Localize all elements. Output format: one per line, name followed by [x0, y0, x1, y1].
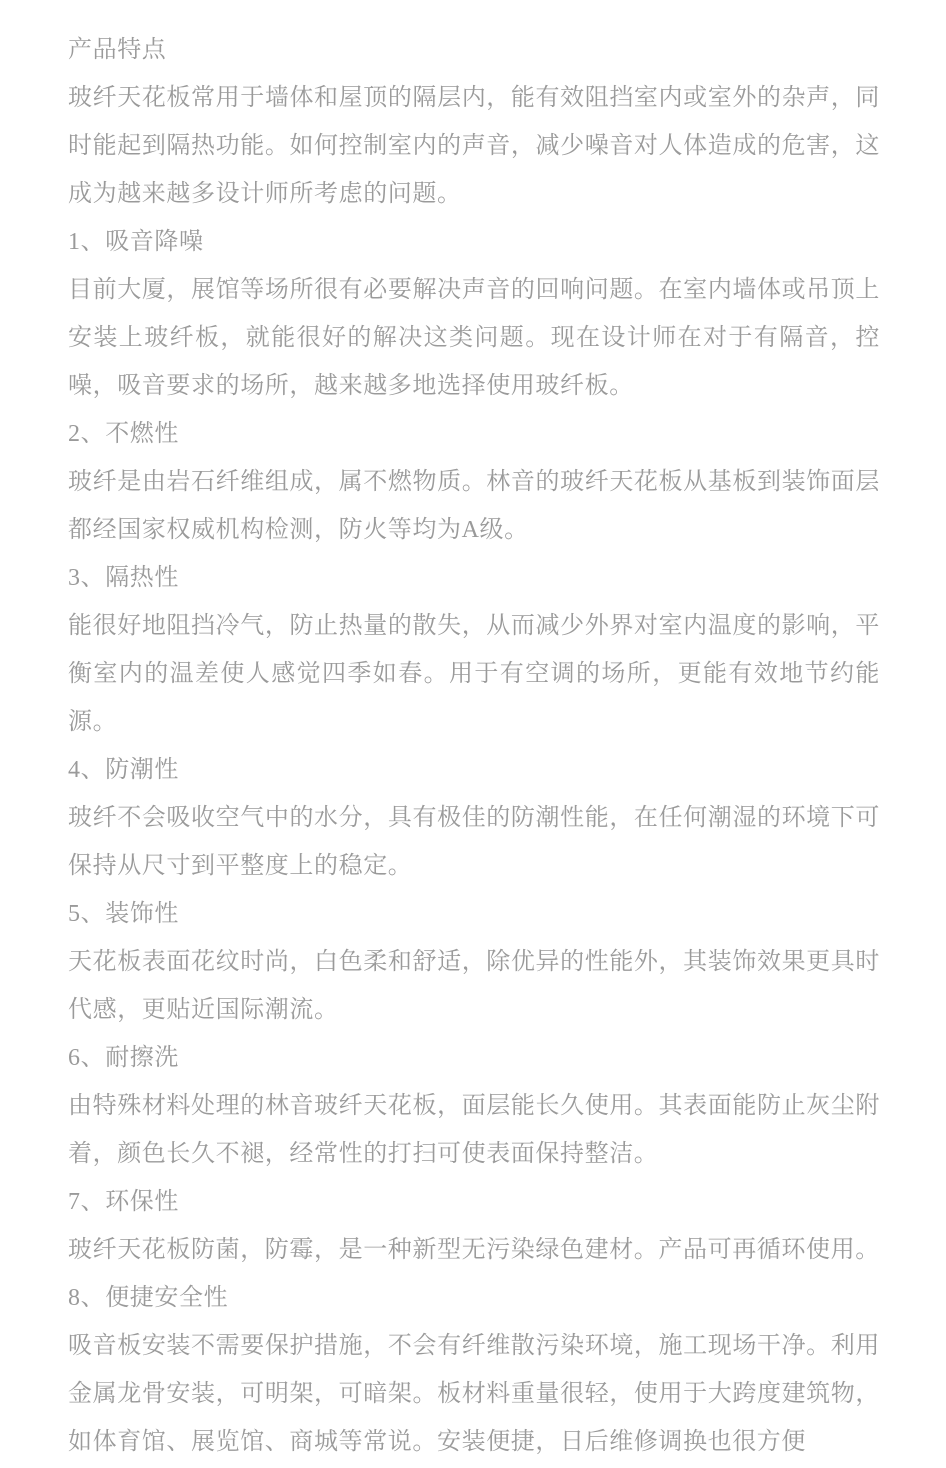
section-heading: 6、耐擦洗	[68, 1034, 880, 1082]
section-body: 能很好地阻挡冷气，防止热量的散失，从而减少外界对室内温度的影响，平衡室内的温差使…	[68, 602, 880, 746]
document-page: 产品特点 玻纤天花板常用于墙体和屋顶的隔层内，能有效阻挡室内或室外的杂声，同时能…	[0, 0, 946, 1468]
feature-section-4: 4、防潮性 玻纤不会吸收空气中的水分，具有极佳的防潮性能，在任何潮湿的环境下可保…	[68, 746, 880, 890]
section-body: 目前大厦，展馆等场所很有必要解决声音的回响问题。在室内墙体或吊顶上安装上玻纤板，…	[68, 266, 880, 410]
section-body: 天花板表面花纹时尚，白色柔和舒适，除优异的性能外，其装饰效果更具时代感，更贴近国…	[68, 938, 880, 1034]
section-body: 玻纤是由岩石纤维组成，属不燃物质。林音的玻纤天花板从基板到装饰面层都经国家权威机…	[68, 458, 880, 554]
product-features-article: 产品特点 玻纤天花板常用于墙体和屋顶的隔层内，能有效阻挡室内或室外的杂声，同时能…	[0, 0, 946, 1466]
section-heading: 4、防潮性	[68, 746, 880, 794]
section-heading: 2、不燃性	[68, 410, 880, 458]
feature-section-3: 3、隔热性 能很好地阻挡冷气，防止热量的散失，从而减少外界对室内温度的影响，平衡…	[68, 554, 880, 746]
feature-section-6: 6、耐擦洗 由特殊材料处理的林音玻纤天花板，面层能长久使用。其表面能防止灰尘附着…	[68, 1034, 880, 1178]
section-heading: 8、便捷安全性	[68, 1274, 880, 1322]
section-body: 玻纤天花板防菌，防霉，是一种新型无污染绿色建材。产品可再循环使用。	[68, 1226, 880, 1274]
section-body: 吸音板安装不需要保护措施，不会有纤维散污染环境，施工现场干净。利用金属龙骨安装，…	[68, 1322, 880, 1466]
feature-section-8: 8、便捷安全性 吸音板安装不需要保护措施，不会有纤维散污染环境，施工现场干净。利…	[68, 1274, 880, 1466]
feature-section-5: 5、装饰性 天花板表面花纹时尚，白色柔和舒适，除优异的性能外，其装饰效果更具时代…	[68, 890, 880, 1034]
feature-section-1: 1、吸音降噪 目前大厦，展馆等场所很有必要解决声音的回响问题。在室内墙体或吊顶上…	[68, 218, 880, 410]
section-heading: 1、吸音降噪	[68, 218, 880, 266]
section-heading: 5、装饰性	[68, 890, 880, 938]
page-title: 产品特点	[68, 26, 880, 74]
section-heading: 7、环保性	[68, 1178, 880, 1226]
feature-section-7: 7、环保性 玻纤天花板防菌，防霉，是一种新型无污染绿色建材。产品可再循环使用。	[68, 1178, 880, 1274]
section-body: 由特殊材料处理的林音玻纤天花板，面层能长久使用。其表面能防止灰尘附着，颜色长久不…	[68, 1082, 880, 1178]
section-body: 玻纤不会吸收空气中的水分，具有极佳的防潮性能，在任何潮湿的环境下可保持从尺寸到平…	[68, 794, 880, 890]
section-heading: 3、隔热性	[68, 554, 880, 602]
feature-section-2: 2、不燃性 玻纤是由岩石纤维组成，属不燃物质。林音的玻纤天花板从基板到装饰面层都…	[68, 410, 880, 554]
intro-paragraph: 玻纤天花板常用于墙体和屋顶的隔层内，能有效阻挡室内或室外的杂声，同时能起到隔热功…	[68, 74, 880, 218]
